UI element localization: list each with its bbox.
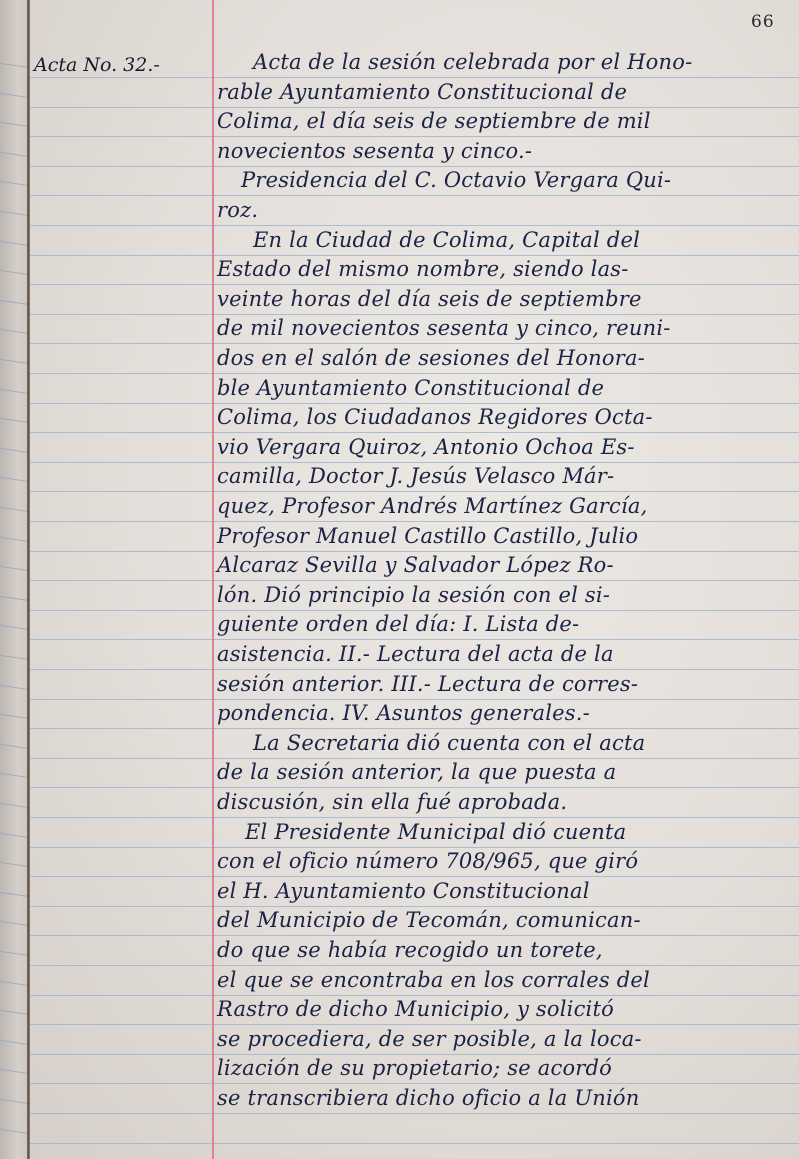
handwritten-minutes-text: Acta de la sesión celebrada por el Hono-… [0, 0, 799, 1159]
handwritten-line: lón. Dió principio la sesión con el si- [217, 583, 610, 607]
handwritten-line: guiente orden del día: I. Lista de- [217, 612, 579, 636]
handwritten-line: el H. Ayuntamiento Constitucional [217, 879, 590, 903]
handwritten-line: pondencia. IV. Asuntos generales.- [217, 701, 590, 725]
handwritten-line: camilla, Doctor J. Jesús Velasco Már- [217, 464, 614, 488]
handwritten-line: ble Ayuntamiento Constitucional de [217, 376, 604, 400]
handwritten-line: Alcaraz Sevilla y Salvador López Ro- [217, 553, 614, 577]
handwritten-line: se procediera, de ser posible, a la loca… [217, 1027, 642, 1051]
handwritten-line: sesión anterior. III.- Lectura de corres… [217, 672, 638, 696]
handwritten-line: de mil novecientos sesenta y cinco, reun… [217, 316, 671, 340]
handwritten-line: Acta de la sesión celebrada por el Hono- [253, 50, 692, 74]
handwritten-line: Colima, el día seis de septiembre de mil [217, 109, 651, 133]
handwritten-line: con el oficio número 708/965, que giró [217, 849, 638, 873]
handwritten-line: Rastro de dicho Municipio, y solicitó [217, 997, 614, 1021]
handwritten-line: vio Vergara Quiroz, Antonio Ochoa Es- [217, 435, 635, 459]
handwritten-line: El Presidente Municipal dió cuenta [245, 820, 626, 844]
handwritten-line: Estado del mismo nombre, siendo las- [217, 257, 629, 281]
handwritten-line: do que se había recogido un torete, [217, 938, 603, 962]
handwritten-line: asistencia. II.- Lectura del acta de la [217, 642, 614, 666]
handwritten-line: En la Ciudad de Colima, Capital del [253, 228, 640, 252]
handwritten-line: La Secretaria dió cuenta con el acta [253, 731, 645, 755]
handwritten-line: se transcribiera dicho oficio a la Unión [217, 1086, 639, 1110]
handwritten-line: discusión, sin ella fué aprobada. [217, 790, 567, 814]
handwritten-line: Colima, los Ciudadanos Regidores Octa- [217, 405, 653, 429]
handwritten-line: Profesor Manuel Castillo Castillo, Julio [217, 524, 638, 548]
handwritten-line: quez, Profesor Andrés Martínez García, [217, 494, 648, 518]
handwritten-line: Presidencia del C. Octavio Vergara Qui- [241, 168, 671, 192]
handwritten-line: dos en el salón de sesiones del Honora- [217, 346, 645, 370]
handwritten-line: roz. [217, 198, 258, 222]
handwritten-line: novecientos sesenta y cinco.- [217, 139, 532, 163]
handwritten-line: el que se encontraba en los corrales del [217, 968, 650, 992]
handwritten-line: rable Ayuntamiento Constitucional de [217, 80, 627, 104]
handwritten-line: veinte horas del día seis de septiembre [217, 287, 642, 311]
handwritten-line: lización de su propietario; se acordó [217, 1056, 612, 1080]
handwritten-line: de la sesión anterior, la que puesta a [217, 760, 616, 784]
handwritten-line: del Municipio de Tecomán, comunican- [217, 908, 641, 932]
